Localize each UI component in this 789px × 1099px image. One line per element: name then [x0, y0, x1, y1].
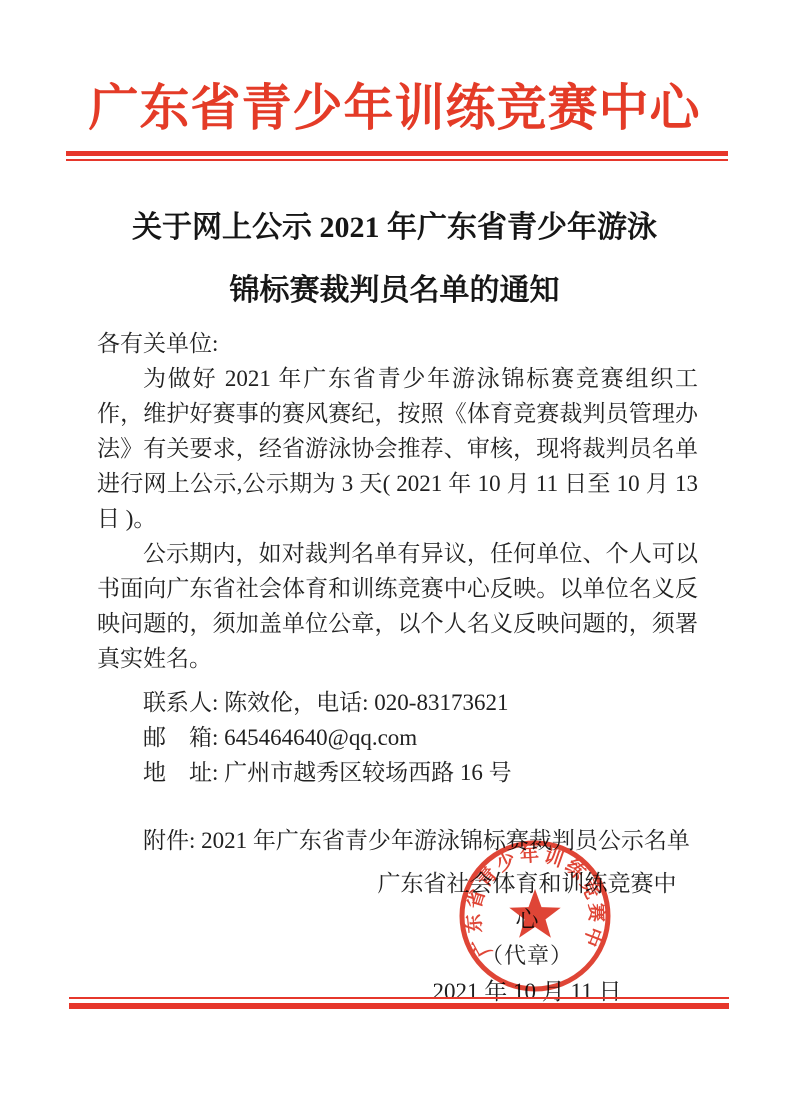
official-seal: 广东省青少年训练竞赛中心 [455, 836, 615, 996]
paragraph-2: 公示期内，如对裁判名单有异议，任何单位、个人可以书面向广东省社会体育和训练竞赛中… [97, 536, 698, 676]
contact-person: 联系人: 陈效伦，电话: 020-83173621 [97, 685, 698, 720]
document-title: 关于网上公示 2021 年广东省青少年游泳 锦标赛裁判员名单的通知 [0, 196, 789, 322]
document-body: 各有关单位: 为做好 2021 年广东省青少年游泳锦标赛竞赛组织工作，维护好赛事… [97, 326, 698, 858]
rule-thick-line [69, 1003, 729, 1009]
contact-address: 地 址: 广州市越秀区较场西路 16 号 [97, 755, 698, 790]
contact-block: 联系人: 陈效伦，电话: 020-83173621 邮 箱: 645464640… [97, 685, 698, 790]
document-title-line2: 锦标赛裁判员名单的通知 [0, 259, 789, 322]
rule-thin-line [69, 997, 729, 999]
letterhead-rule [66, 151, 728, 161]
document-page: 广东省青少年训练竞赛中心 关于网上公示 2021 年广东省青少年游泳 锦标赛裁判… [0, 0, 789, 1099]
paragraph-1: 为做好 2021 年广东省青少年游泳锦标赛竞赛组织工作，维护好赛事的赛风赛纪，按… [97, 361, 698, 536]
salutation: 各有关单位: [97, 326, 698, 361]
document-title-line1: 关于网上公示 2021 年广东省青少年游泳 [0, 196, 789, 259]
contact-email: 邮 箱: 645464640@qq.com [97, 720, 698, 755]
rule-thick-line [66, 151, 728, 156]
footer-rule [69, 997, 729, 1009]
letterhead-title: 广东省青少年训练竞赛中心 [0, 68, 789, 140]
rule-thin-line [66, 159, 728, 161]
seal-star [509, 889, 560, 938]
